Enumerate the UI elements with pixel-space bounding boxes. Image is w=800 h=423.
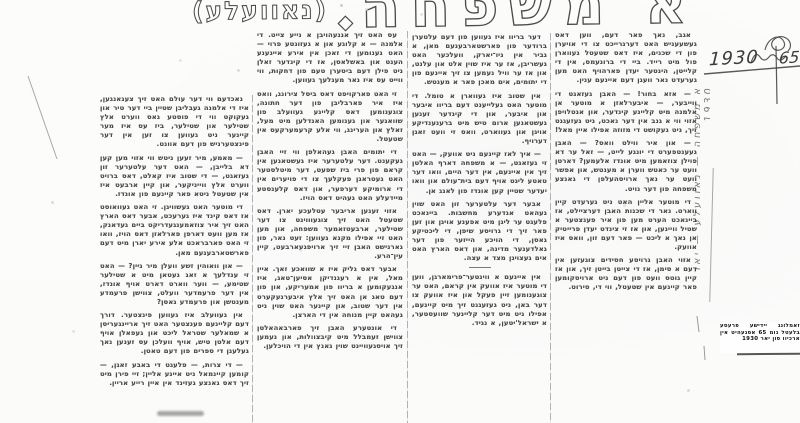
paper-specks [0,0,1,1]
stamp-block: זאמלונג יידישע פרעסע בלעטל נומ 65 אפגעהי… [720,323,800,353]
column-paragraph: די יתומים האבן געהאלפן ווי זיי האבן געקע… [257,148,403,203]
column-paragraph: אזוי זענען אריבער עטלעכע יארן. דאס שטעטל… [257,207,403,262]
handwriting-vertical-stroke [776,46,777,104]
column-paragraph: אין שטוב איז געווארן א טומל. די מוטער הא… [412,92,547,147]
text-column-1: נאכדעם ווי דער עולם האט זיך צעגאנגען, אי… [100,95,249,423]
handwritten-number: 65 [778,47,800,67]
column-rule-3 [550,33,551,423]
title-period-diamond: ◆ [338,13,353,32]
pencil-diagonal-line [28,76,57,159]
column-paragraph: נאכדעם ווי דער עולם האט זיך צעגאנגען, אי… [100,95,249,150]
handwritten-margin-note: א משפחה — נאוועלע — יאר 1930 [692,85,710,310]
column-paragraph: — אזא בחור! — האבן געזאגט די ווייבער, — … [555,90,697,135]
column-paragraph: עס האט זיך אנגעהויבן א נייע צייט. די אלמ… [257,31,403,86]
handwritten-year: 1930 [708,47,759,71]
text-column-4: אגב, נאך פאר דעם, ווען דאס געשעעניש האט … [555,31,697,423]
column-rule-2 [407,31,408,423]
column-paragraph: — איך לאז קיינעם ניט אוועק, — האט זי געז… [412,150,547,195]
stamp-underline [737,353,800,356]
column-paragraph: אבער דאס גליק איז א שוואכע זאך. איין מאל… [257,265,403,320]
column-paragraph: אין געוועלב איז געווען פינצטער. דורך דעם… [100,311,249,356]
column-paragraph: אזוי האבן גרויסע חסידים צוגעזען אין דעם … [555,256,697,292]
margin-tick-marks [697,316,705,360]
smudge-artifact [157,411,204,416]
column-paragraph: — און איר ווילט וואס? — האבן געענטפערט ד… [555,139,697,194]
column-paragraph: זי האט פארקויפט דאס ביסל צירונג, וואס אי… [257,90,403,145]
column-paragraph: אגב, נאך פאר דעם, ווען דאס געשעעניש האט … [555,31,697,86]
column-paragraph: — און וואוהין זשע וועלן מיר גיין? — האט … [100,262,249,307]
text-column-3: דער בריוו איז געווען פון דעם עלטערן ברוד… [412,33,547,423]
column-paragraph: אבער דער עלטערער זון האט שוין געהאט אנדע… [412,200,547,264]
scanned-newspaper-page: (נאוועלע) א משפחה ◆ נאכדעם ווי דער עולם … [0,0,800,423]
column-paragraph: — די צרות, — פלעגט די באבע זאגן, — קומען… [100,361,249,388]
section-rule [469,267,491,268]
column-paragraph: די מוטער אליין האט ניט גערעדט קיין ווארט… [555,198,697,253]
column-paragraph: די אונטערע האבן זיך פארבאהאלטן צווישן זע… [257,324,403,351]
column-paragraph: דער בריוו איז געווען פון דעם עלטערן ברוד… [412,33,547,88]
text-column-2: עס האט זיך אנגעהויבן א נייע צייט. די אלמ… [257,31,403,423]
column-paragraph: — מאמע, מיר זעען ניטש ווי אזוי מען קען ד… [100,154,249,199]
subtitle-novella: (נאוועלע) [192,0,328,26]
column-paragraph: די מוטער האט געשוויגן. זי האט געוואוסט א… [100,203,249,258]
column-paragraph: אין איינעם א ווינטער־פרימארגן, ווען די מ… [412,273,547,328]
column-rule-1 [252,95,253,423]
